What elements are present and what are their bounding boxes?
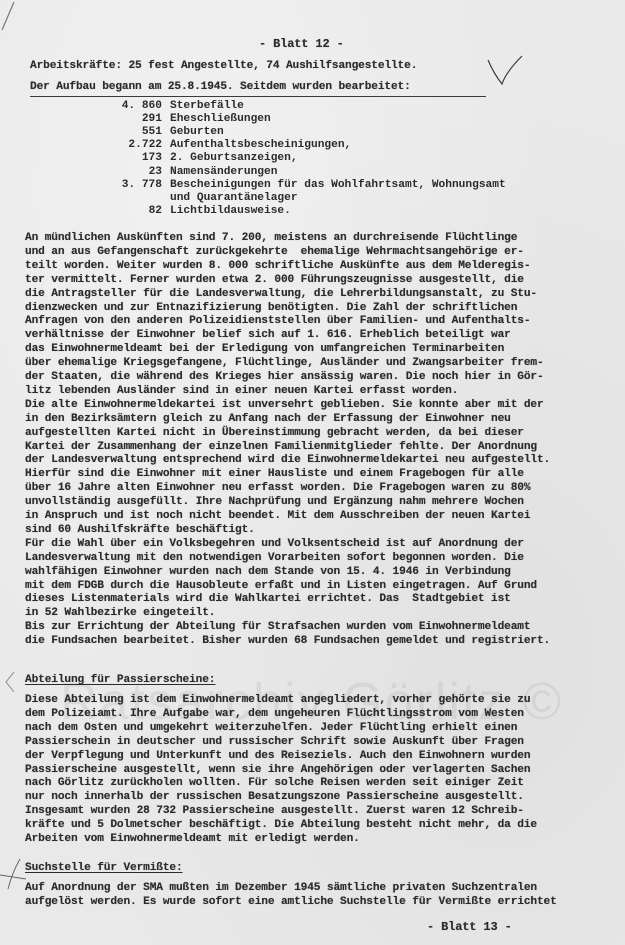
text-line: kräfte und 5 Dolmetscher beschäftigt. Di… bbox=[25, 819, 537, 832]
text-line: litz lebenden Ausländer sind in einer ne… bbox=[25, 385, 458, 398]
text-line: dienzwecken und zur Entnazifizierung ben… bbox=[25, 302, 517, 315]
intro-underline bbox=[30, 96, 486, 97]
text-line: in Anspruch und ist noch nicht beendet. … bbox=[25, 510, 530, 523]
text-line: in 52 Wahlbezirke eingeteilt. bbox=[25, 607, 215, 620]
stat-label: Bescheinigungen für das Wohlfahrtsamt, W… bbox=[170, 179, 506, 191]
text-line: unvollständig ausgefüllt. Ihre Nachprüfu… bbox=[25, 496, 524, 509]
text-line: Landesverwaltung mit den notwendigen Vor… bbox=[25, 552, 524, 565]
text-line: nur noch innerhalb der russischen Besatz… bbox=[25, 791, 524, 804]
pencil-slash-mark-icon bbox=[0, 0, 20, 40]
text-line: Passierscheine ausgestellt, wenn sie ihr… bbox=[25, 764, 530, 777]
stat-label: Aufenthaltsbescheinigungen, bbox=[170, 139, 351, 151]
stat-count: 23 bbox=[96, 166, 162, 179]
stat-count: 3. 778 bbox=[96, 179, 162, 192]
text-line: das Einwohnermeldeamt bei der Erledigung… bbox=[25, 343, 504, 356]
text-line: dem Polizeiamt. Ihre Aufgabe war, dem un… bbox=[25, 708, 524, 721]
text-line: Anfragen von den anderen Polizeidienstst… bbox=[25, 315, 530, 328]
stat-label: 2. Geburtsanzeigen, bbox=[170, 152, 298, 164]
page-number-footer: - Blatt 13 - bbox=[427, 921, 512, 934]
stat-label: Geburten bbox=[170, 126, 224, 138]
text-line: ter vermittelt. Ferner wurden etwa 2. 00… bbox=[25, 274, 524, 287]
text-line: Passierschein in deutscher und russische… bbox=[25, 736, 524, 749]
text-line: die Antragsteller für die Landesverwaltu… bbox=[25, 288, 537, 301]
text-line: Arbeiten vom Einwohnermeldeamt mit erled… bbox=[25, 833, 360, 846]
text-line: und an aus Gefangenschaft zurückgekehrte… bbox=[25, 246, 524, 259]
text-line: nach Görlitz zurückholen wollten. Für so… bbox=[25, 777, 524, 790]
document-page: Ratsarchiv Görlitz © - Blatt 12 - Arbeit… bbox=[0, 0, 625, 945]
section-title-passierscheine: Abteilung für Passierscheine: bbox=[25, 674, 215, 687]
text-line: der Landesverwaltung entsprechend wird d… bbox=[25, 454, 550, 467]
stat-row: 3. 778Bescheinigungen für das Wohlfahrts… bbox=[96, 179, 506, 192]
stat-count: 551 bbox=[96, 126, 162, 139]
stat-count: 4. 860 bbox=[96, 100, 162, 113]
text-line: aufgelöst werden. Es wurde sofort eine a… bbox=[25, 896, 557, 909]
text-line: verhältnisse der Einwohner belief sich a… bbox=[25, 329, 511, 342]
page-number-header: - Blatt 12 - bbox=[259, 38, 344, 51]
text-line: Für die Wahl über ein Volksbegehren und … bbox=[25, 538, 524, 551]
stat-row: 2.722Aufenthaltsbescheinigungen, bbox=[96, 139, 351, 152]
text-line: Insgesamt wurden 28 732 Passierscheine a… bbox=[25, 805, 524, 818]
text-line: Die alte Einwohnermeldekartei ist unvers… bbox=[25, 399, 544, 412]
text-line: über 16 Jahre alten Einwohner neu erfass… bbox=[25, 482, 530, 495]
stat-count: 291 bbox=[96, 113, 162, 126]
stat-label: Namensänderungen bbox=[170, 166, 277, 178]
text-line: wahlfähigen Einwohner wurden nach dem St… bbox=[25, 566, 511, 579]
checkmark-icon bbox=[482, 52, 542, 92]
stat-label: Lichtbildausweise. bbox=[170, 205, 291, 217]
stat-label: und Quarantänelager bbox=[170, 192, 298, 204]
stat-row: 1732. Geburtsanzeigen, bbox=[96, 152, 298, 165]
text-line: Bis zur Errichtung der Abteilung für Str… bbox=[25, 621, 530, 634]
stat-row: 23Namensänderungen bbox=[96, 166, 277, 179]
text-line: aufgestellten Kartei nicht in Übereinsti… bbox=[25, 427, 524, 440]
text-line: der Staaten, die während des Krieges hie… bbox=[25, 371, 544, 384]
text-line: die Fundsachen bearbeitet. Bisher wurden… bbox=[25, 635, 550, 648]
margin-bracket-icon bbox=[2, 668, 18, 698]
text-line: nach dem Osten und umgekehrt weiterzuhel… bbox=[25, 722, 517, 735]
intro-line: Der Aufbau begann am 25.8.1945. Seitdem … bbox=[30, 81, 411, 94]
stat-row: 4. 860Sterbefälle bbox=[96, 100, 244, 113]
stat-row: 82Lichtbildausweise. bbox=[96, 205, 291, 218]
stat-row: 291Eheschließungen bbox=[96, 113, 271, 126]
stat-count: 82 bbox=[96, 205, 162, 218]
margin-cross-mark-icon bbox=[0, 855, 28, 895]
text-line: Auf Anordnung der SMA mußten im Dezember… bbox=[25, 882, 537, 895]
stat-label: Sterbefälle bbox=[170, 100, 244, 112]
text-line: Hierfür sind die Einwohner mit einer Hau… bbox=[25, 468, 524, 481]
text-line: dieses Listenmaterials wird die Wahlkart… bbox=[25, 593, 511, 606]
text-line: in den Bezirksämtern gleich zu Anfang na… bbox=[25, 413, 511, 426]
text-line: Diese Abteilung ist dem Einwohnermeldeam… bbox=[25, 694, 530, 707]
text-line: Kartei der Zusammenhang der einzelnen Fa… bbox=[25, 441, 537, 454]
text-line: teilt worden. Weiter wurden 8. 000 schri… bbox=[25, 260, 530, 273]
stat-count: 2.722 bbox=[96, 139, 162, 152]
text-line: der Verpflegung und Unterkunft und des R… bbox=[25, 750, 530, 763]
text-line: über ehemalige Kriegsgefangene, Flüchtli… bbox=[25, 357, 544, 370]
stat-row: und Quarantänelager bbox=[96, 192, 298, 205]
text-line: An mündlichen Auskünften sind 7. 200, me… bbox=[25, 232, 517, 245]
stat-row: 551Geburten bbox=[96, 126, 224, 139]
staff-line: Arbeitskräfte: 25 fest Angestellte, 74 A… bbox=[30, 60, 417, 73]
stat-label: Eheschließungen bbox=[170, 113, 271, 125]
text-line: sind 60 Aushilfskräfte beschäftigt. bbox=[25, 524, 255, 537]
stat-count: 173 bbox=[96, 152, 162, 165]
text-line: mit dem FDGB durch die Hausobleute erfaß… bbox=[25, 580, 537, 593]
section-title-suchstelle: Suchstelle für Vermißte: bbox=[25, 862, 183, 875]
